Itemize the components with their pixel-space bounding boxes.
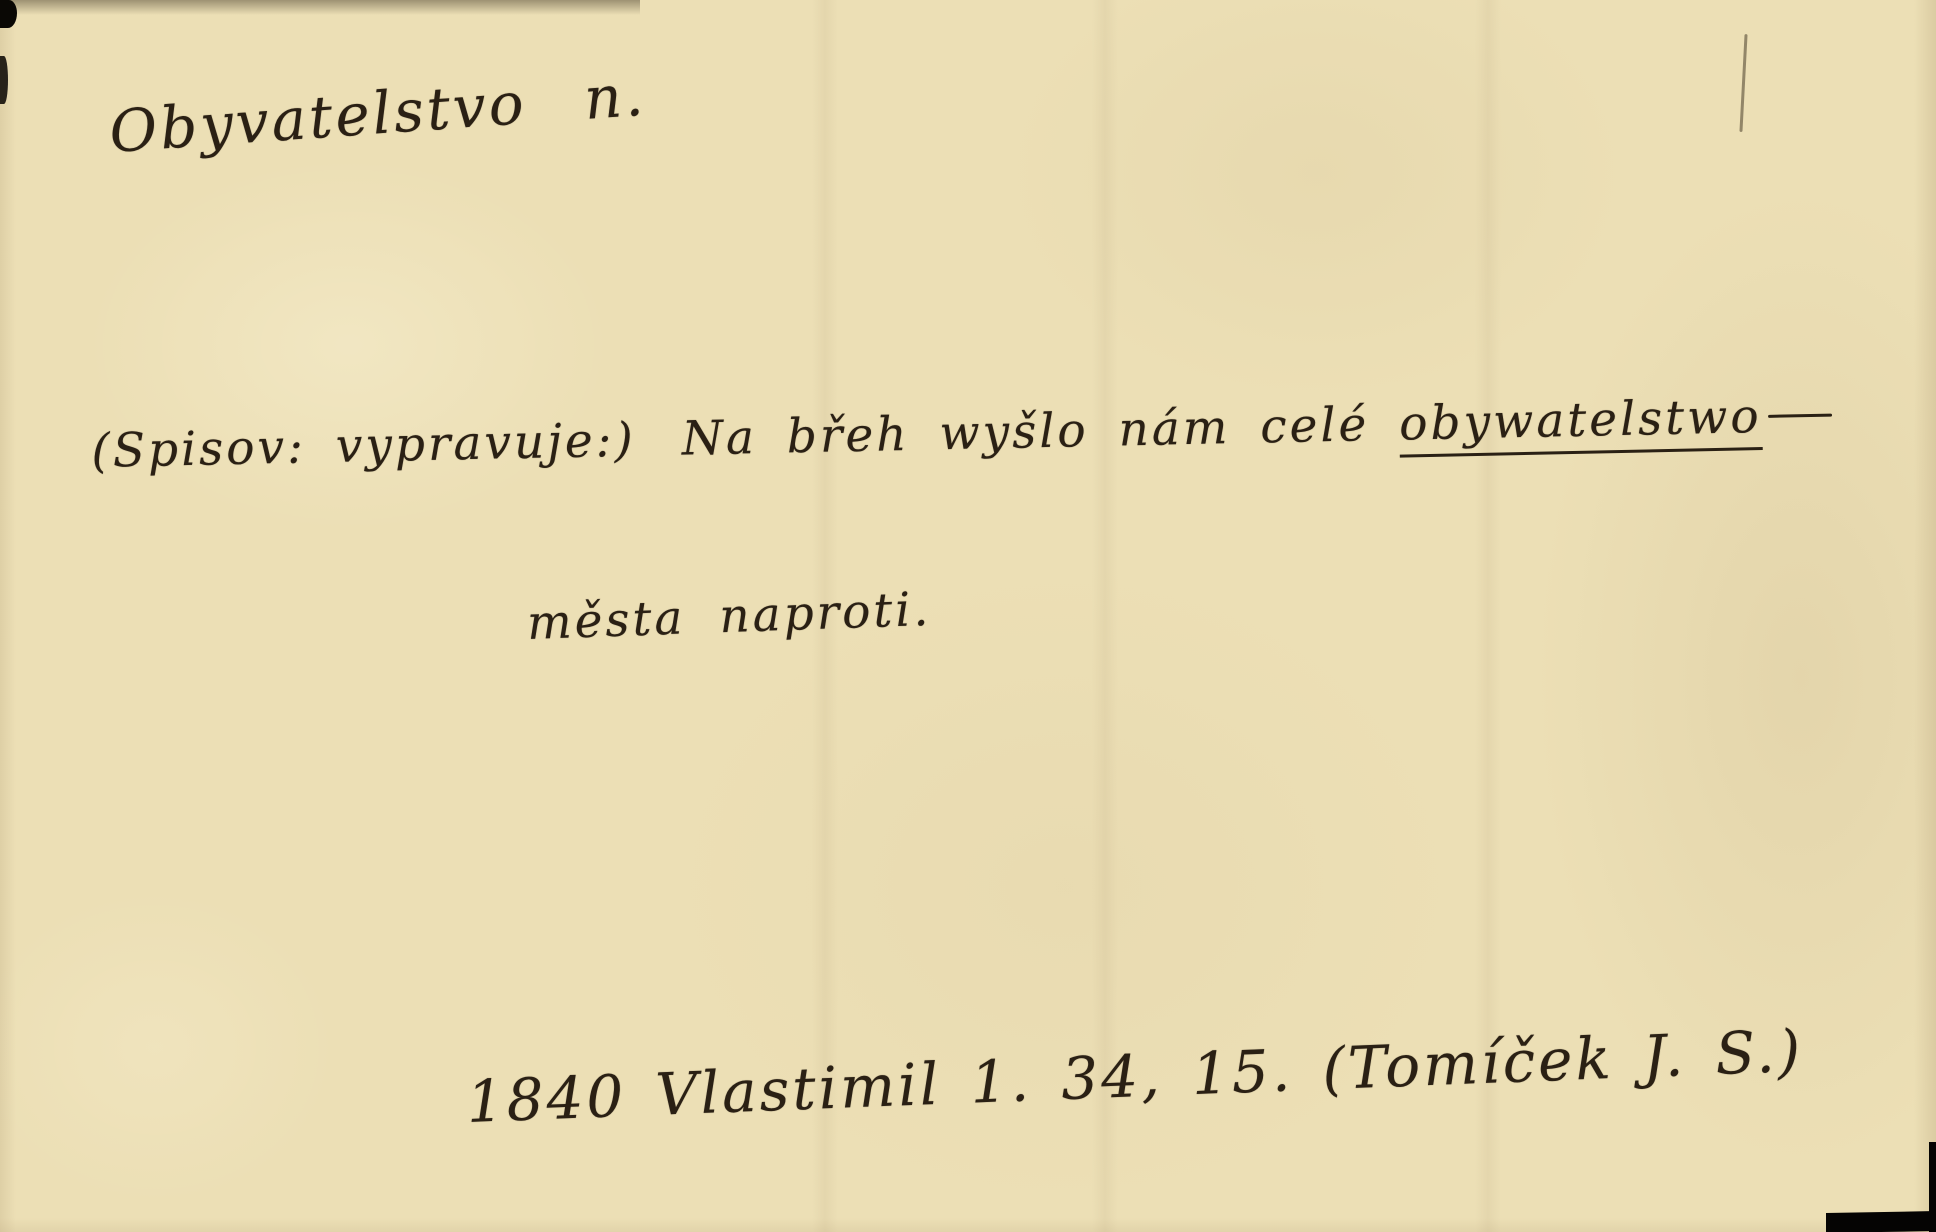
citation-handwriting: 1840 Vlastimil 1. 34, 15. (Tomíček J. S.… [465, 1017, 1804, 1136]
right-edge-scan-mark [1929, 1142, 1936, 1232]
underlined-word: obywatelstwo [1399, 389, 1763, 458]
underline-flourish-stroke [1768, 414, 1832, 418]
left-edge-ink-mark [0, 56, 8, 104]
gender-abbreviation: n. [582, 61, 648, 133]
quote-line-1: (Spisov: vypravuje:)Na břeh wyšlo nám ce… [91, 388, 1832, 479]
quote-text: Na břeh wyšlo nám celé [681, 397, 1370, 466]
attribution-note: (Spisov: vypravuje:) [91, 413, 637, 479]
top-edge-scan-shadow [0, 0, 640, 15]
quote-line-2: města naproti. [526, 582, 932, 651]
headword-handwriting: Obyvatelstvo [107, 69, 528, 166]
scanned-excerpt-card: Obyvatelstvon. (Spisov: vypravuje:)Na bř… [0, 0, 1936, 1232]
headword-line: Obyvatelstvon. [107, 61, 648, 166]
corner-ink-mark [0, 0, 17, 28]
bottom-right-scan-band [1826, 1211, 1936, 1232]
stray-pen-stroke [1739, 34, 1747, 132]
